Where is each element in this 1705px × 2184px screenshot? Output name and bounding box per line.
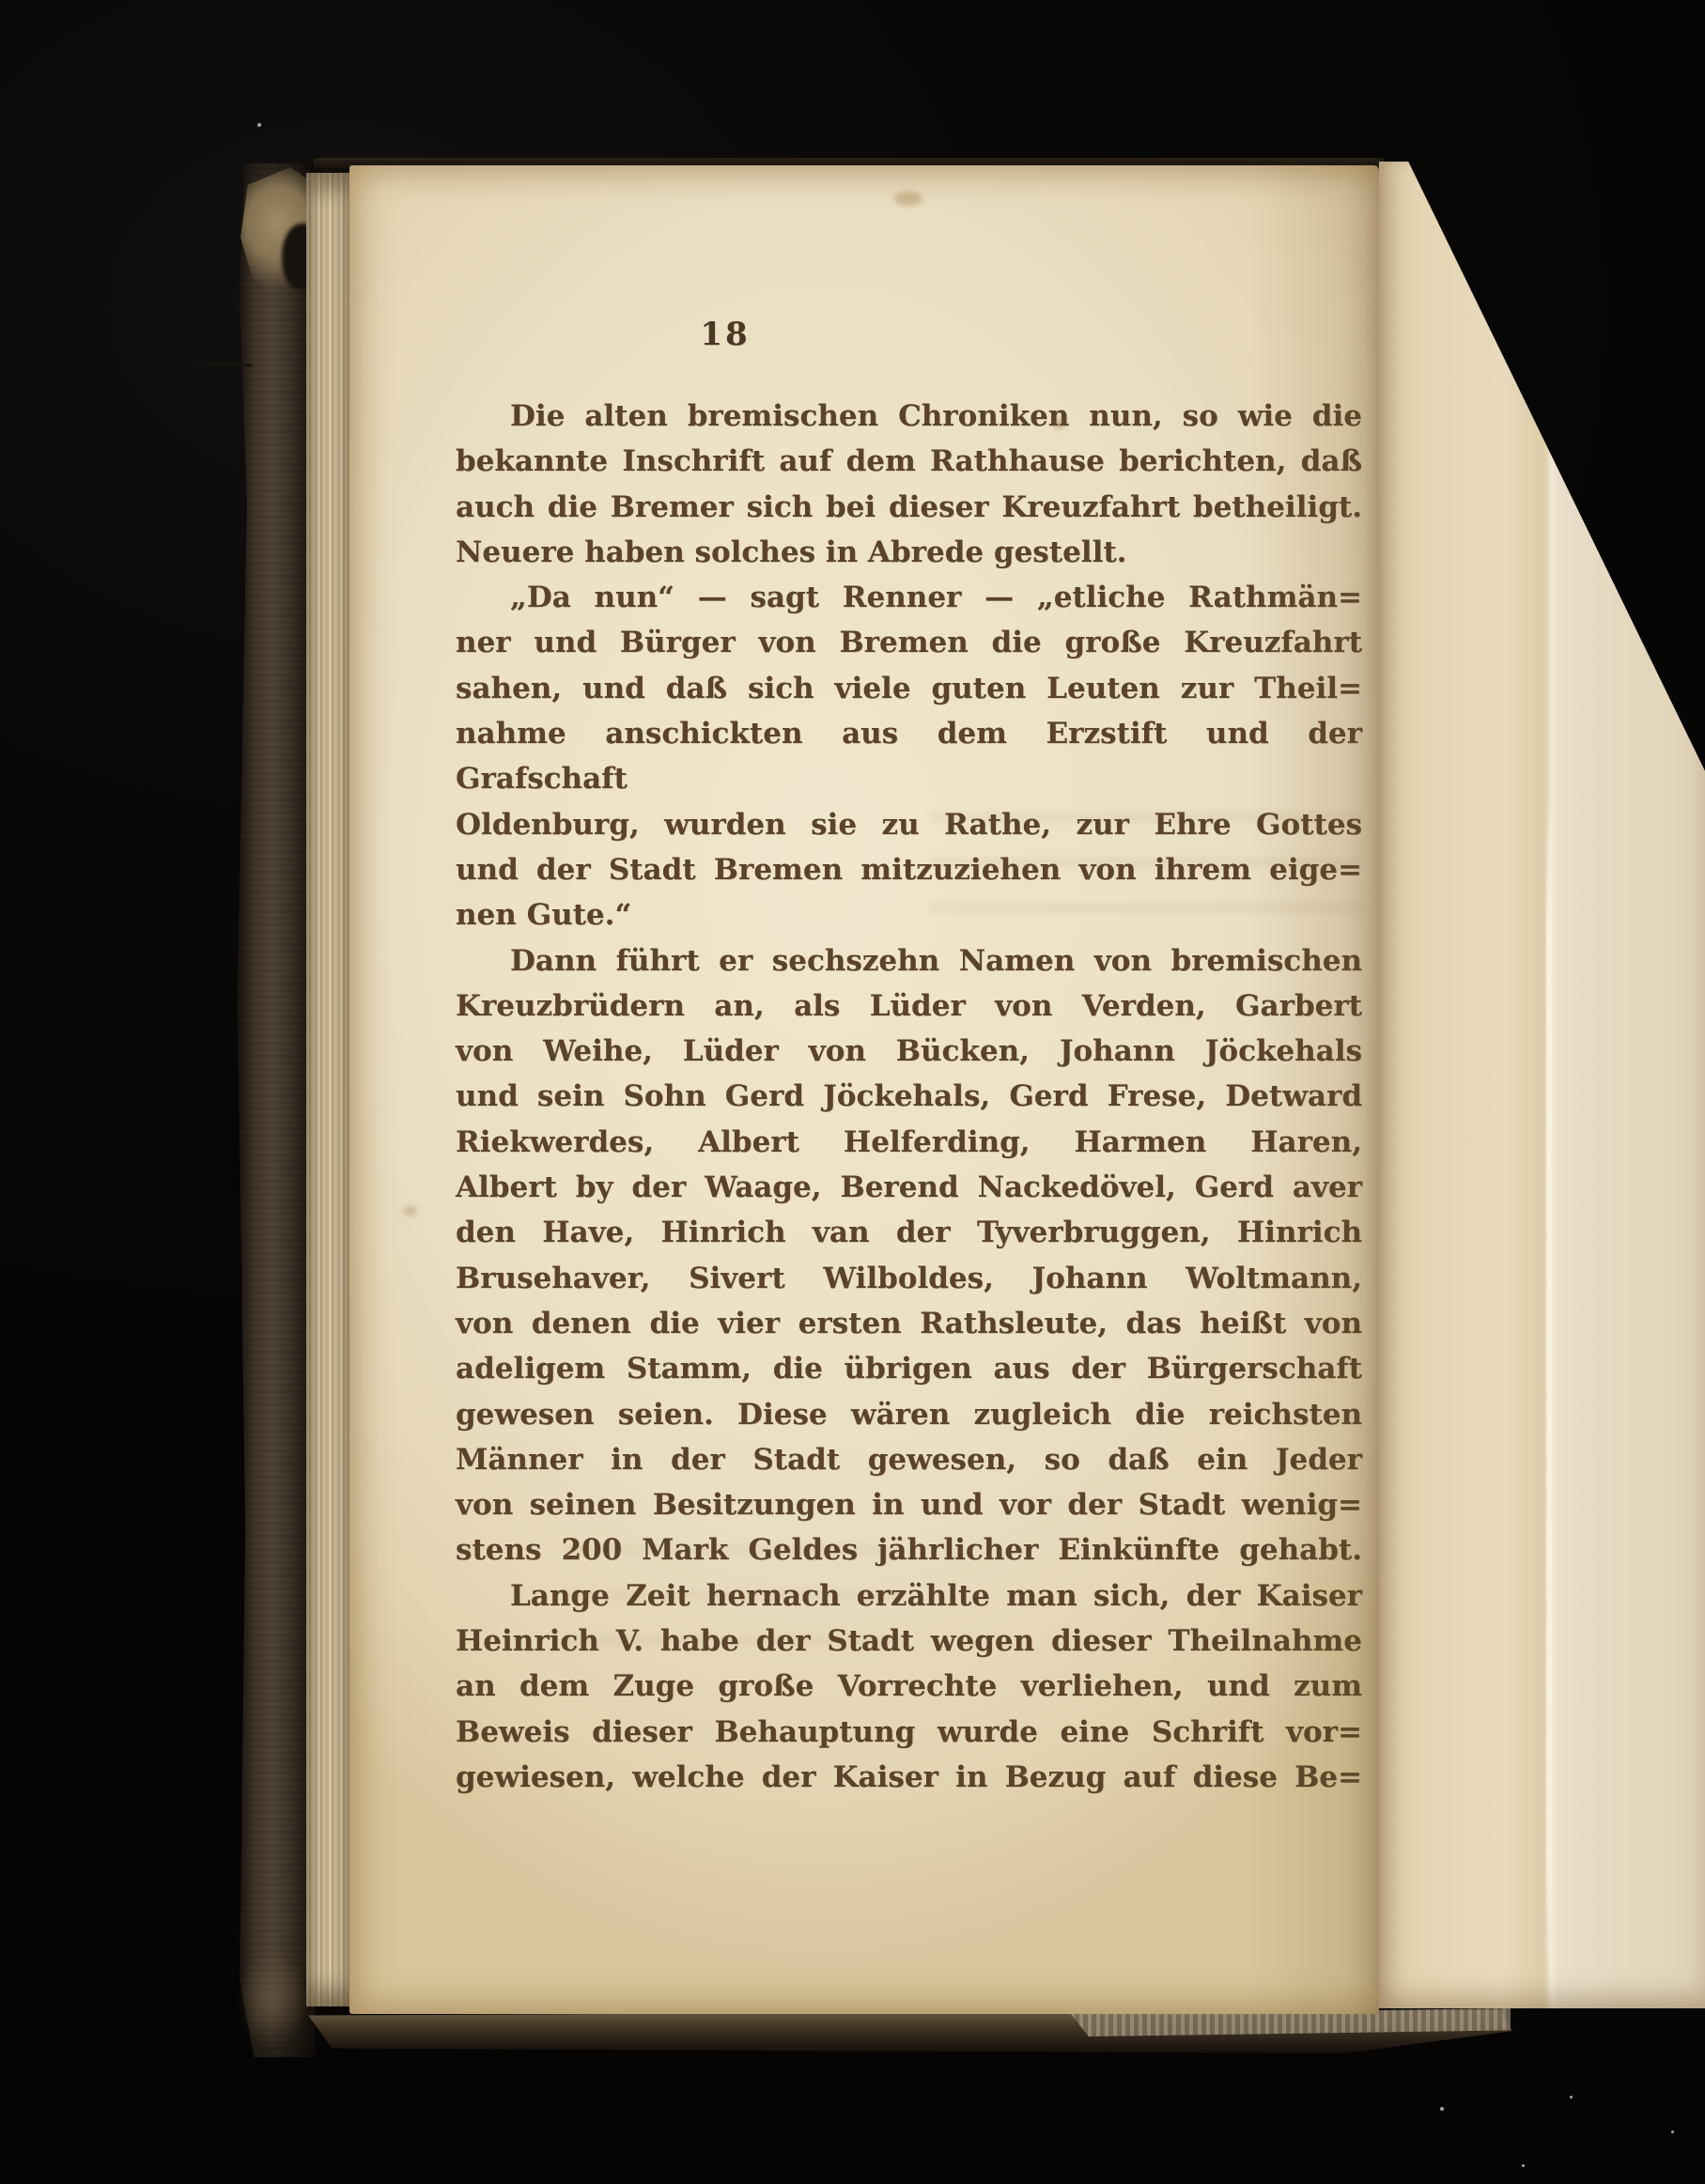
dust-speck (257, 123, 261, 127)
spine-cloth-texture (235, 163, 316, 2057)
text-line: Beweis dieser Behauptung wurde eine Schr… (456, 1710, 1362, 1755)
paragraph: Dann führt er sechszehn Namen von bremis… (456, 938, 1362, 1573)
text-line: „Da nun“ — sagt Renner — „etliche Rathmä… (456, 575, 1362, 620)
dust-speck (1522, 2164, 1525, 2167)
text-line: an dem Zuge große Vorrechte verliehen, u… (456, 1664, 1362, 1709)
text-line: Neuere haben solches in Abrede gestellt. (456, 530, 1362, 575)
text-line: von denen die vier ersten Rathsleute, da… (456, 1301, 1362, 1346)
text-line: auch die Bremer sich bei dieser Kreuzfah… (456, 485, 1362, 530)
text-line: Riekwerdes, Albert Helferding, Harmen Ha… (456, 1120, 1362, 1165)
text-line: nahme anschickten aus dem Erzstift und d… (456, 711, 1362, 802)
text-line: Männer in der Stadt gewesen, so daß ein … (456, 1437, 1362, 1482)
text-line: sahen, und daß sich viele guten Leuten z… (456, 666, 1362, 711)
text-line: bekannte Inschrift auf dem Rathhause ber… (456, 439, 1362, 484)
book-photo: 18 Die alten bremischen Chroniken nun, s… (0, 0, 1705, 2184)
text-line: gewesen seien. Diese wären zugleich die … (456, 1392, 1362, 1437)
paper-stain (404, 1206, 417, 1216)
page-crease (1546, 789, 1552, 2008)
text-line: von Weihe, Lüder von Bücken, Johann Jöck… (456, 1029, 1362, 1074)
text-line: adeligem Stamm, die übrigen aus der Bürg… (456, 1346, 1362, 1391)
page-number: 18 (349, 316, 1101, 353)
facing-page-edge (1379, 162, 1705, 2008)
dust-speck (1570, 2096, 1573, 2099)
paper-stain (1054, 419, 1065, 428)
text-line: Die alten bremischen Chroniken nun, so w… (456, 394, 1362, 439)
text-line: Albert by der Waage, Berend Nackedövel, … (456, 1165, 1362, 1210)
book-page: 18 Die alten bremischen Chroniken nun, s… (349, 165, 1379, 2014)
text-line: von seinen Besitzungen in und vor der St… (456, 1482, 1362, 1527)
page-edge-stack (306, 173, 351, 2006)
text-line: den Have, Hinrich van der Tyverbruggen, … (456, 1210, 1362, 1255)
ink-showthrough (564, 1533, 902, 1646)
text-line: Kreuzbrüdern an, als Lüder von Verden, G… (456, 984, 1362, 1029)
text-line: Dann führt er sechszehn Namen von bremis… (456, 938, 1362, 984)
gutter-shadow (1249, 165, 1379, 2014)
text-line: ner und Bürger von Bremen die große Kreu… (456, 620, 1362, 665)
paragraph: Die alten bremischen Chroniken nun, so w… (456, 394, 1362, 575)
text-line: und sein Sohn Gerd Jöckehals, Gerd Frese… (456, 1074, 1362, 1119)
paper-stain (894, 192, 922, 206)
dust-speck (1440, 2107, 1444, 2111)
dust-speck (1671, 2130, 1674, 2133)
text-line: Brusehaver, Sivert Wilboldes, Johann Wol… (456, 1256, 1362, 1301)
text-line: gewiesen, welche der Kaiser in Bezug auf… (456, 1755, 1362, 1800)
